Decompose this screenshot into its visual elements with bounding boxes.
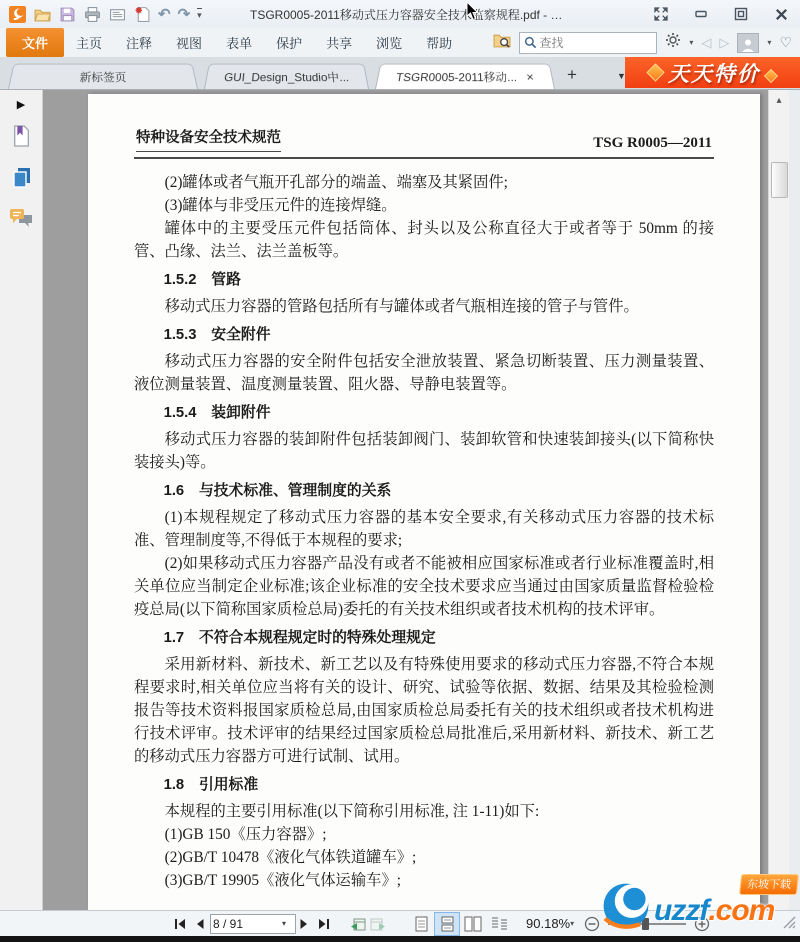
sidebar-expand-icon[interactable]: ▶ [17,98,25,111]
section-heading: 1.6 与技术标准、管理制度的关系 [134,480,714,503]
quick-access-toolbar: ↶ ↷ ▾ [0,5,202,23]
page-header-right: TSG R0005—2011 [593,135,712,152]
navigation-sidebar: ▶ [0,90,43,910]
tab-new-tab-page[interactable]: 新标签页 [8,64,198,89]
window-controls [648,0,794,28]
scroll-up-icon[interactable]: ▴ [776,95,781,106]
tab-tsgr0005-active[interactable]: TSGR0005-2011移动... × [375,64,555,89]
paragraph: 移动式压力容器的安全附件包括安全泄放装置、紧急切断装置、压力测量装置、液位测量装… [134,350,714,396]
next-view-icon[interactable] [368,915,388,933]
zoom-slider[interactable] [608,923,686,925]
last-page-button[interactable] [314,915,334,933]
gem-icon [764,68,778,82]
next-page-button[interactable] [294,915,314,933]
window-right-frame [789,90,800,910]
gem-icon [646,63,664,81]
avatar-caret-icon[interactable]: ▾ [767,38,771,47]
paragraph: (2)罐体或者气瓶开孔部分的端盖、端塞及其紧固件; [134,171,714,194]
paragraph: (2)如果移动式压力容器产品没有或者不能被相应国家标准或者行业标准覆盖时,相关单… [134,552,714,621]
print-icon[interactable] [83,5,101,23]
history-back-icon[interactable]: ◁ [701,35,711,51]
page-body-text: (2)罐体或者气瓶开孔部分的端盖、端塞及其紧固件; (3)罐体与非受压元件的连接… [134,159,714,892]
comments-panel-icon[interactable] [9,208,34,234]
page-combo-caret-icon[interactable]: ▾ [282,919,286,928]
menu-protect[interactable]: 保护 [264,28,314,57]
menu-comment[interactable]: 注释 [114,28,164,57]
favorite-heart-icon[interactable]: ♡ [779,34,792,51]
paragraph: (3)GB/T 19905《液化气体运输车》; [134,869,714,892]
new-tab-button[interactable]: + [567,65,577,85]
bookmarks-panel-icon[interactable] [11,125,31,152]
facing-view-icon[interactable] [460,912,486,936]
window-bottom-edge [0,936,800,942]
zoom-out-button[interactable] [582,915,602,933]
zoom-caret-icon[interactable]: ▾ [570,919,574,928]
gear-icon[interactable] [665,32,681,53]
page-thumbnails-panel-icon[interactable] [10,166,33,194]
tab-gui-design-studio[interactable]: GUI_Design_Studio中... [204,64,369,89]
tab-close-icon[interactable]: × [525,70,534,82]
minimize-button[interactable] [688,4,714,24]
undo-icon[interactable]: ↶ [158,7,171,22]
window-title: TSGR0005-2011移动式压力容器安全技术监察规程.pdf - 福昕阅读器 [250,6,570,23]
paragraph: (1)GB 150《压力容器》; [134,823,714,846]
page-header: 特种设备安全技术规范 TSG R0005—2011 [134,94,714,159]
paragraph: 移动式压力容器的管路包括所有与罐体或者气瓶相连接的管子与管件。 [134,295,714,318]
vertical-scrollbar[interactable]: ▴ [768,90,789,910]
section-heading: 1.5.3 安全附件 [134,324,714,347]
maximize-button[interactable] [728,4,754,24]
window-resize-grip[interactable] [780,913,796,934]
customize-toolbar-caret-icon[interactable]: ▾ [197,8,202,21]
ad-banner-text: 天天特价 [668,58,760,88]
zoom-in-button[interactable] [692,915,712,933]
paragraph: (1)本规程规定了移动式压力容器的基本安全要求,有关移动式压力容器的技术标准、管… [134,506,714,552]
section-heading: 1.8 引用标准 [134,774,714,797]
previous-view-icon[interactable] [348,915,368,933]
pdf-page[interactable]: 特种设备安全技术规范 TSG R0005—2011 (2)罐体或者气瓶开孔部分的… [88,94,760,910]
menu-right-tools: ▾ ◁ ▷ ▾ ♡ [493,28,792,57]
section-heading: 1.7 不符合本规程规定时的特殊处理规定 [134,627,714,650]
ad-banner[interactable]: 天天特价 [625,57,800,88]
search-icon [524,36,537,49]
tab-label: 新标签页 [79,69,127,85]
paragraph: (2)GB/T 10478《液化气体铁道罐车》; [134,846,714,869]
tab-label: TSGR0005-2011移动... [395,69,518,85]
fullscreen-icon[interactable] [648,4,674,24]
menu-share[interactable]: 共享 [314,28,364,57]
search-box [519,32,657,54]
single-page-view-icon[interactable] [408,912,434,936]
close-button[interactable] [768,4,794,24]
foxit-reader-window: { "window": { "title": "TSGR0005-2011移动式… [0,0,800,942]
redo-icon[interactable]: ↷ [178,7,191,22]
user-avatar[interactable] [737,33,759,53]
menu-home[interactable]: 主页 [64,28,114,57]
paragraph: 本规程的主要引用标准(以下简称引用标准, 注 1-11)如下: [134,800,714,823]
tab-label: GUI_Design_Studio中... [223,69,350,85]
paragraph: 移动式压力容器的装卸附件包括装卸阀门、装卸软管和快速装卸接头(以下简称快装接头)… [134,428,714,474]
status-bar: ▾ 90.18% ▾ [0,910,800,936]
paragraph: 罐体中的主要受压元件包括筒体、封头以及公称直径大于或者等于 50mm 的接管、凸… [134,217,714,263]
menu-browse[interactable]: 浏览 [364,28,414,57]
title-bar: ↶ ↷ ▾ TSGR0005-2011移动式压力容器安全技术监察规程.pdf -… [0,0,800,29]
document-view-area: ▶ 特种设备安全技术规范 TSG R0005—2011 (2)罐体或者气瓶开孔部… [0,90,800,910]
zoom-percentage[interactable]: 90.18% [526,916,570,931]
open-file-icon[interactable] [33,5,51,23]
folder-search-icon[interactable] [493,32,511,54]
menu-form[interactable]: 表单 [214,28,264,57]
menu-bar: 文件 主页 注释 视图 表单 保护 共享 浏览 帮助 ▾ ◁ ▷ ▾ ♡ [0,28,800,58]
first-page-button[interactable] [170,915,190,933]
continuous-facing-view-icon[interactable] [486,912,512,936]
save-icon[interactable] [58,5,76,23]
search-input[interactable] [537,35,641,51]
section-heading: 1.5.2 管路 [134,269,714,292]
continuous-view-icon[interactable] [434,912,460,936]
menu-view[interactable]: 视图 [164,28,214,57]
page-header-left: 特种设备安全技术规范 [136,126,281,152]
history-forward-icon[interactable]: ▷ [719,35,729,51]
previous-page-button[interactable] [190,915,210,933]
zoom-slider-handle[interactable] [642,918,649,930]
paragraph: (3)罐体与非受压元件的连接焊缝。 [134,194,714,217]
foxit-logo-icon[interactable] [8,5,26,23]
menu-file-button[interactable]: 文件 [6,28,64,57]
section-heading: 1.5.4 装卸附件 [134,402,714,425]
paragraph: 采用新材料、新技术、新工艺以及有特殊使用要求的移动式压力容器,不符合本规程要求时… [134,653,714,768]
gear-caret-icon[interactable]: ▾ [689,38,693,47]
email-icon[interactable] [108,5,126,23]
scrollbar-thumb[interactable] [771,162,788,198]
menu-help[interactable]: 帮助 [414,28,464,57]
new-document-icon[interactable] [133,5,151,23]
